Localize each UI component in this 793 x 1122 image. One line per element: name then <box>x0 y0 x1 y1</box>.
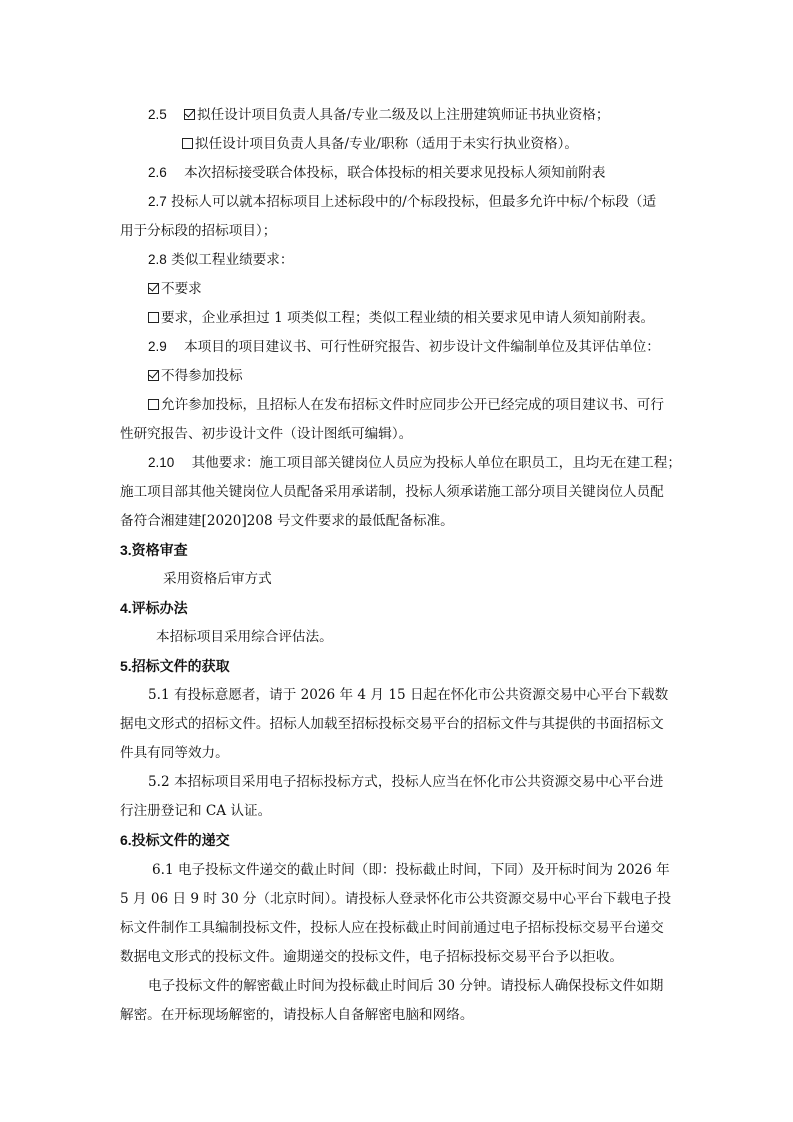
item-2-10-line2: 施工项目部其他关键岗位人员配备采用承诺制，投标人须承诺施工部分项目关键岗位人员配 <box>120 482 664 502</box>
section-4-body: 本招标项目采用综合评估法。 <box>156 627 333 647</box>
section-6-p2-line1: 电子投标文件的解密截止时间为投标截止时间后 30 分钟。请投标人确保投标文件如期 <box>148 976 663 996</box>
section-4-heading: 4.评标办法 <box>120 598 188 618</box>
item-2-8: 2.8 类似工程业绩要求： <box>148 250 293 270</box>
item-2-6: 2.6 本次招标接受联合体投标，联合体投标的相关要求见投标人须知前附表 <box>148 163 605 183</box>
section-3-body: 采用资格后审方式 <box>163 569 272 589</box>
checkbox-checked-icon <box>148 370 159 381</box>
section-6-p1-line1: 6.1 电子投标文件递交的截止时间（即：投标截止时间，下同）及开标时间为 202… <box>152 860 670 880</box>
item-2-9a: 不得参加投标 <box>148 366 243 386</box>
section-5-p1-line3: 件具有同等效力。 <box>120 743 229 763</box>
section-5-p1-line1: 5.1 有投标意愿者，请于 2026 年 4 月 15 日起在怀化市公共资源交易… <box>148 685 668 705</box>
item-2-8a: 不要求 <box>148 279 202 299</box>
section-6-p2-line2: 解密。在开标现场解密的，请投标人自备解密电脑和网络。 <box>120 1005 473 1025</box>
checkbox-empty-icon <box>148 399 159 410</box>
item-2-10-line3: 备符合湘建建[2020]208 号文件要求的最低配备标准。 <box>120 511 454 531</box>
section-5-p1-line2: 据电文形式的招标文件。招标人加载至招标投标交易平台的招标文件与其提供的书面招标文 <box>120 714 664 734</box>
checkbox-checked-icon <box>148 283 159 294</box>
item-2-5a: 2.5 拟任设计项目负责人具备/专业二级及以上注册建筑师证书执业资格； <box>148 105 609 125</box>
section-3-heading: 3.资格审查 <box>120 540 188 560</box>
item-2-7-line2: 用于分标段的招标项目）； <box>120 221 276 241</box>
item-2-9: 2.9 本项目的项目建议书、可行性研究报告、初步设计文件编制单位及其评估单位： <box>148 337 660 357</box>
section-6-p1-line3: 标文件制作工具编制投标文件，投标人应在投标截止时间前通过电子招标投标交易平台递交 <box>120 918 664 938</box>
checkbox-checked-icon <box>184 109 195 120</box>
section-5-heading: 5.招标文件的获取 <box>120 656 230 676</box>
item-2-8b: 要求，企业承担过 1 项类似工程；类似工程业绩的相关要求见申请人须知前附表。 <box>148 308 654 328</box>
checkbox-empty-icon <box>148 312 159 323</box>
item-2-5b: 拟任设计项目负责人具备/专业/职称（适用于未实行执业资格）。 <box>182 134 578 154</box>
section-6-heading: 6.投标文件的递交 <box>120 830 230 850</box>
section-5-p2-line1: 5.2 本招标项目采用电子招标投标方式，投标人应当在怀化市公共资源交易中心平台进 <box>148 772 663 792</box>
item-2-9b-line1: 允许参加投标，且招标人在发布招标文件时应同步公开已经完成的项目建议书、可行 <box>148 395 664 415</box>
item-2-10-line1: 2.10 其他要求：施工项目部关键岗位人员应为投标人单位在职员工，且均无在建工程… <box>148 453 681 473</box>
checkbox-empty-icon <box>182 138 193 149</box>
item-2-9b-line2: 性研究报告、初步设计文件（设计图纸可编辑）。 <box>120 424 412 444</box>
item-2-7-line1: 2.7 投标人可以就本招标项目上述标段中的/个标段投标，但最多允许中标/个标段（… <box>148 192 656 212</box>
section-6-p1-line4: 数据电文形式的投标文件。逾期递交的投标文件，电子招标投标交易平台予以拒收。 <box>120 947 623 967</box>
section-5-p2-line2: 行注册登记和 CA 认证。 <box>120 801 271 821</box>
section-6-p1-line2: 5 月 06 日 9 时 30 分（北京时间）。请投标人登录怀化市公共资源交易中… <box>120 889 671 909</box>
